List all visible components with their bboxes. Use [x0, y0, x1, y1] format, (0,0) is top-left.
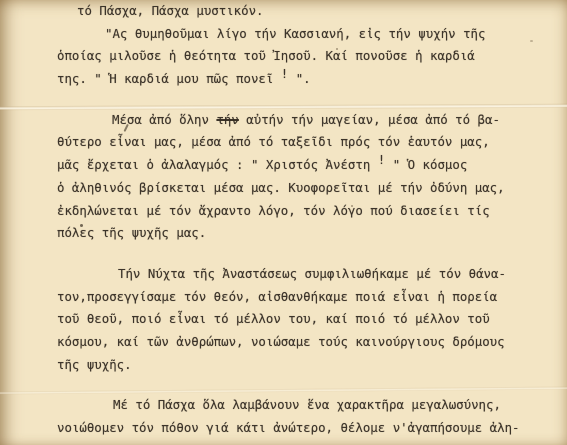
paragraph-kassiani: "Ας θυμηθοῦμαι λίγο τήν Κασσιανή, εἰς τή…: [57, 23, 543, 91]
text-line: ἐκδηλώνεται μέ τόν ἄχραντο λόγο, τόν λόγ…: [57, 200, 543, 223]
line-segment: ".: [288, 71, 310, 86]
line-segment: της. " Ἡ καρδιά μου πῶς πονεῖ: [57, 71, 281, 86]
text-line: της. " Ἡ καρδιά μου πῶς πονεῖ ! ".: [57, 68, 543, 91]
text-line: ὁποίας μιλοῦσε ἡ θεότητα τοῦ Ἰησοῦ. Καί …: [57, 45, 543, 68]
raised-exclamation: !: [281, 66, 288, 81]
line-segment: αὐτήν τήν μαγείαν, μέσα ἀπό τό βα-: [239, 112, 500, 127]
text-line: τον,προσεγγίσαμε τόν θεόν, αἰσθανθήκαμε …: [57, 286, 543, 309]
text-line: τοῦ θεοῦ, ποιό εἶναι τό μέλλον του, καί …: [57, 308, 543, 331]
raised-exclamation: !: [378, 152, 385, 167]
line-segment: Μέσα ἀπό ὅλην: [112, 112, 216, 127]
line-segment: μᾶς ἔρχεται ὁ ἀλαλαγμός : " Χριστός Ἀνέσ…: [57, 157, 378, 172]
text-line: τῆς ψυχῆς.: [57, 354, 543, 377]
text-line: πόλες τῆς ψυχῆς μας.: [57, 222, 543, 245]
text-line: νοιώθομεν τόν πόθον γιά κάτι ἀνώτερο, θέ…: [57, 417, 543, 440]
typewritten-text: τό Πάσχα, Πάσχα μυστικόν. "Ας θυμηθοῦμαι…: [57, 0, 543, 440]
line-segment: " Ὁ κόσμος: [385, 157, 467, 172]
text-line: Μέ τό Πάσχα ὅλα λαμβάνουν ἕνα χαρακτῆρα …: [57, 394, 543, 417]
text-line: μᾶς ἔρχεται ὁ ἀλαλαγμός : " Χριστός Ἀνέσ…: [57, 154, 543, 177]
text-line: θύτερο εἶναι μας, μέσα ἀπό τό ταξεῖδι πρ…: [57, 131, 543, 154]
scanned-page: τό Πάσχα, Πάσχα μυστικόν. "Ας θυμηθοῦμαι…: [0, 0, 567, 445]
text-line: Τήν Νύχτα τῆς Ἀναστάσεως συμφιλιωθήκαμε …: [57, 263, 543, 286]
struck-word: τήν: [216, 112, 238, 127]
paragraph-christos-anesti: Μέσα ἀπό ὅλην τήν αὐτήν τήν μαγείαν, μέσ…: [57, 109, 543, 245]
text-line: κόσμου, καί τῶν ἀνθρώπων, νοιώσαμε τούς …: [57, 331, 543, 354]
text-line: ὁ ἀληθινός βρίσκεται μέσα μας. Κυοφορεῖτ…: [57, 177, 543, 200]
paragraph-continuation: τό Πάσχα, Πάσχα μυστικόν.: [57, 0, 543, 23]
text-line: τό Πάσχα, Πάσχα μυστικόν.: [57, 0, 543, 23]
text-line: "Ας θυμηθοῦμαι λίγο τήν Κασσιανή, εἰς τή…: [57, 23, 543, 46]
paragraph-anastasi-night: Τήν Νύχτα τῆς Ἀναστάσεως συμφιλιωθήκαμε …: [57, 263, 543, 376]
text-line: Μέσα ἀπό ὅλην τήν αὐτήν τήν μαγείαν, μέσ…: [57, 109, 543, 132]
paragraph-pascha-megalosyni: Μέ τό Πάσχα ὅλα λαμβάνουν ἕνα χαρακτῆρα …: [57, 394, 543, 439]
